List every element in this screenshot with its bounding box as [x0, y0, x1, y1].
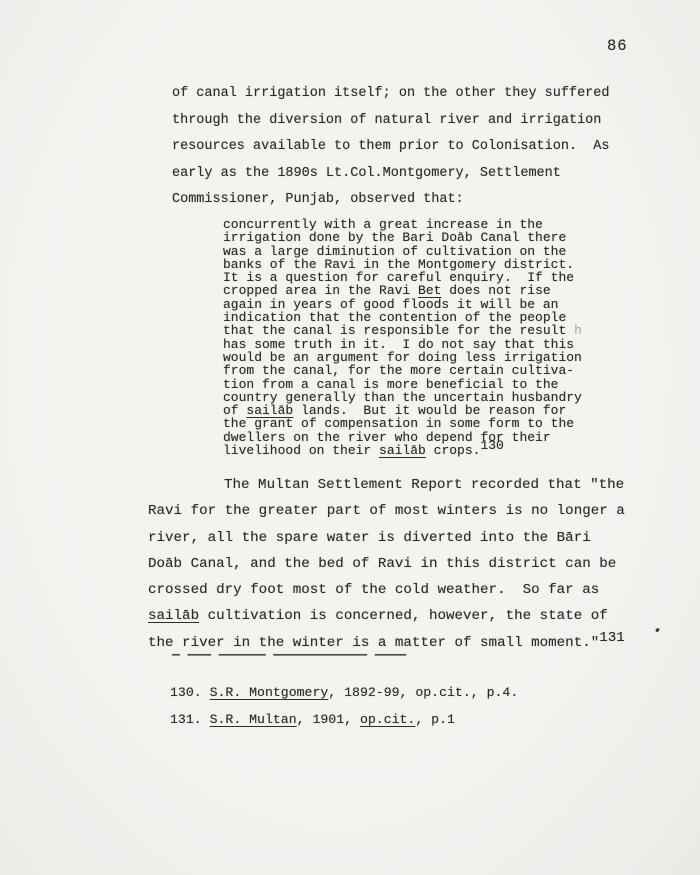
text-line: The Multan Settlement Report recorded th… — [148, 472, 625, 498]
text-line: from the canal, for the more certain cul… — [223, 364, 582, 377]
text-line: crossed dry foot most of the cold weathe… — [148, 577, 625, 603]
footnotes: 130. S.R. Montgomery, 1892-99, op.cit., … — [170, 679, 518, 733]
scanned-document-page: 86 of canal irrigation itself; on the ot… — [0, 0, 700, 875]
text-line: through the diversion of natural river a… — [172, 108, 609, 135]
text-line: irrigation done by the Bari Doāb Canal t… — [223, 231, 582, 244]
text-line: Commissioner, Punjab, observed that: — [172, 187, 609, 214]
footnote-separator: — ——— —————— ———————————— ———— — [172, 648, 406, 662]
text-line: sailāb cultivation is concerned, however… — [148, 603, 625, 629]
text-line: Doāb Canal, and the bed of Ravi in this … — [148, 551, 625, 577]
text-line: of canal irrigation itself; on the other… — [172, 81, 609, 108]
text-line: was a large diminution of cultivation on… — [223, 245, 582, 258]
text-line: banks of the Ravi in the Montgomery dist… — [223, 258, 582, 271]
text-line: again in years of good floods it will be… — [223, 298, 582, 311]
paragraph-intro: of canal irrigation itself; on the other… — [172, 81, 609, 214]
text-line: would be an argument for doing less irri… — [223, 351, 582, 364]
text-line: dwellers on the river who depend for the… — [223, 431, 582, 444]
ink-speck — [655, 628, 660, 633]
text-line: indication that the contention of the pe… — [223, 311, 582, 324]
text-line: early as the 1890s Lt.Col.Montgomery, Se… — [172, 161, 609, 188]
text-line: has some truth in it. I do not say that … — [223, 338, 582, 351]
text-line: cropped area in the Ravi Bet does not ri… — [223, 284, 582, 297]
text-line: of sailāb lands. But it would be reason … — [223, 404, 582, 417]
text-line: the grant of compensation in some form t… — [223, 417, 582, 430]
page-number: 86 — [607, 37, 628, 55]
paragraph-multan-report: The Multan Settlement Report recorded th… — [148, 472, 625, 656]
block-quote-montgomery: concurrently with a great increase in th… — [223, 218, 582, 457]
text-line: livelihood on their sailāb crops.130 — [223, 444, 582, 457]
text-line: 130. S.R. Montgomery, 1892-99, op.cit., … — [170, 679, 518, 706]
text-line: concurrently with a great increase in th… — [223, 218, 582, 231]
text-line: 131. S.R. Multan, 1901, op.cit., p.1 — [170, 706, 518, 733]
text-line: resources available to them prior to Col… — [172, 134, 609, 161]
text-line: Ravi for the greater part of most winter… — [148, 498, 625, 524]
text-line: It is a question for careful enquiry. If… — [223, 271, 582, 284]
text-line: river, all the spare water is diverted i… — [148, 525, 625, 551]
text-line: tion from a canal is more beneficial to … — [223, 378, 582, 391]
text-line: that the canal is responsible for the re… — [223, 324, 582, 337]
text-line: country generally than the uncertain hus… — [223, 391, 582, 404]
